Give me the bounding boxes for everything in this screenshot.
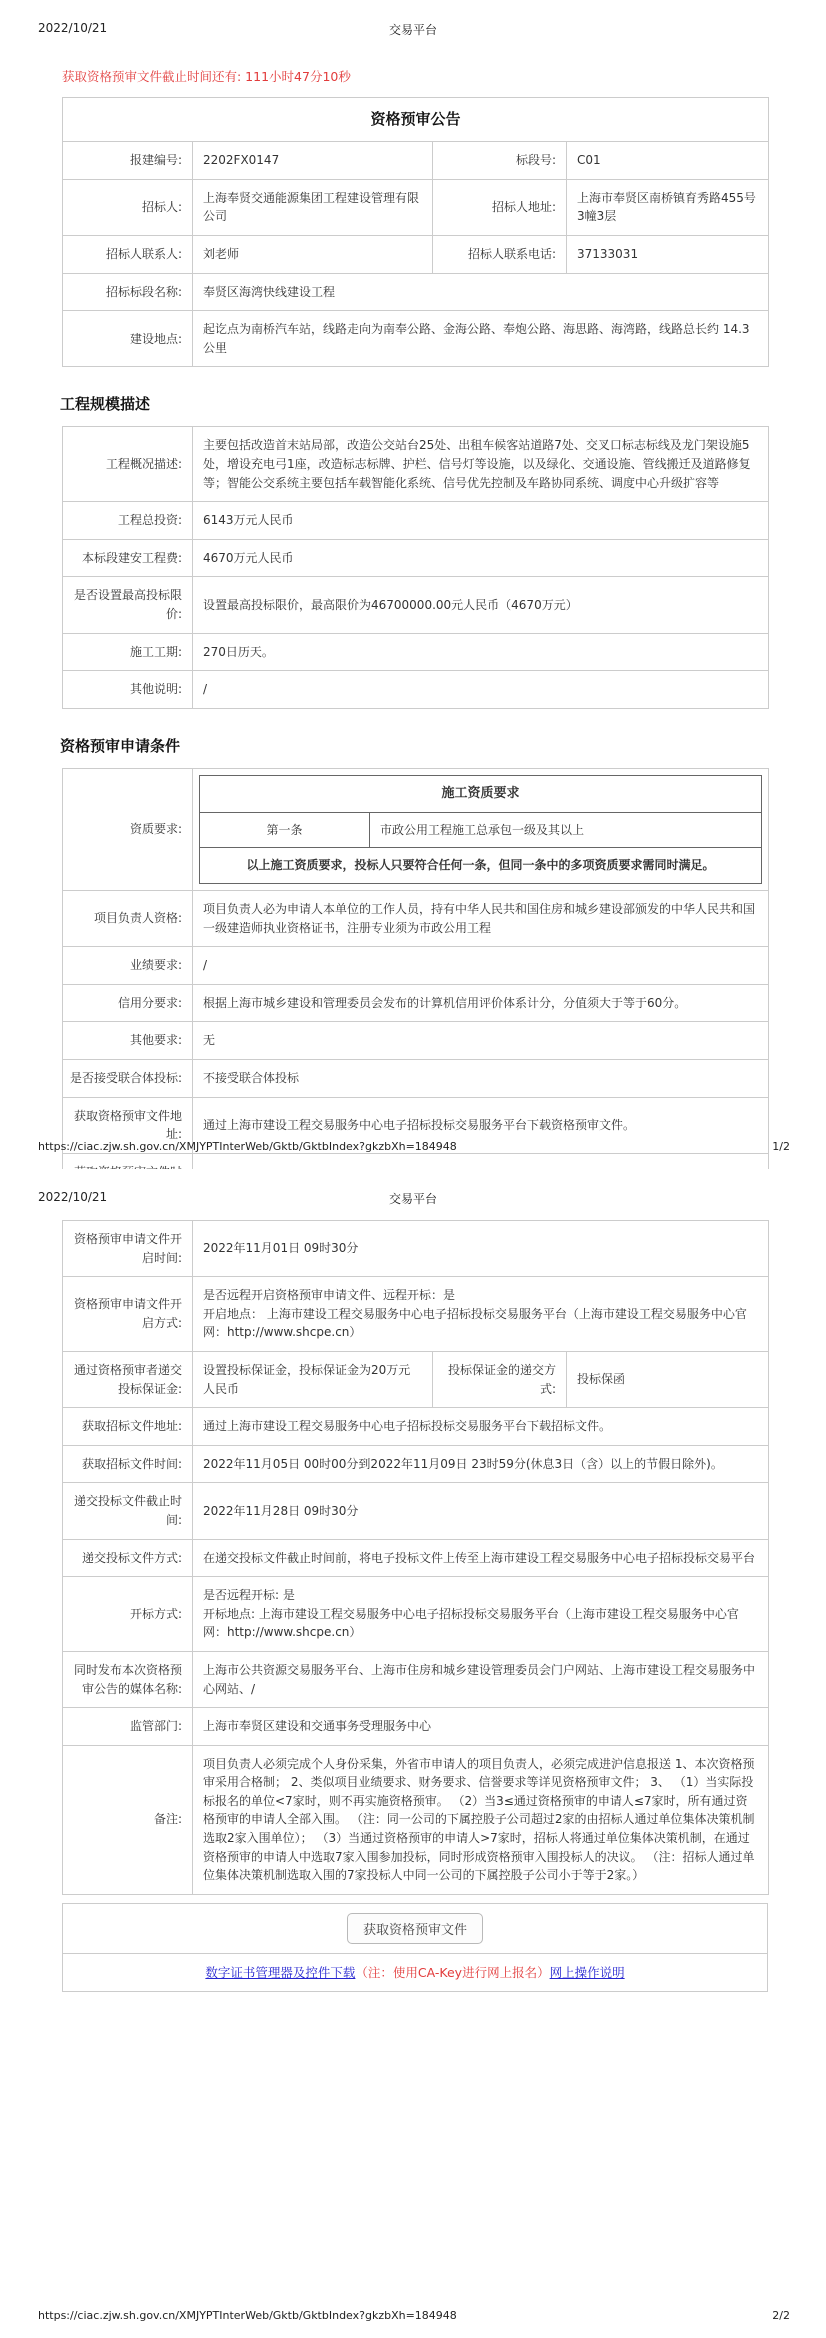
value-max-bid-price: 设置最高投标限价，最高限价为46700000.00元人民币（4670万元）	[193, 577, 769, 633]
value-prequalification-open-time: 2022年11月01日 09时30分	[193, 1221, 769, 1277]
conditions-table: 资质要求: 施工资质要求 第一条 市政公用工程施工总承包一级及其以上 以上施工资…	[62, 768, 769, 1169]
qualification-cell: 施工资质要求 第一条 市政公用工程施工总承包一级及其以上 以上施工资质要求，投标…	[193, 768, 769, 890]
label-tender-doc-address: 获取招标文件地址:	[63, 1408, 193, 1446]
qualification-note: 以上施工资质要求，投标人只要符合任何一条，但同一条中的多项资质要求需同时满足。	[200, 848, 762, 884]
print-header: 2022/10/21 交易平台	[0, 21, 826, 37]
label-consortium-bid: 是否接受联合体投标:	[63, 1060, 193, 1098]
qualification-sub-table: 施工资质要求 第一条 市政公用工程施工总承包一级及其以上 以上施工资质要求，投标…	[199, 775, 762, 884]
label-contact-person: 招标人联系人:	[63, 236, 193, 274]
page-number: 1/2	[772, 1140, 790, 1153]
value-contact-person: 刘老师	[193, 236, 433, 274]
label-supervising-department: 监管部门:	[63, 1708, 193, 1746]
section-heading-conditions: 资格预审申请条件	[60, 735, 826, 756]
label-other-req: 其他要求:	[63, 1022, 193, 1060]
value-tenderer-address: 上海市奉贤区南桥镇育秀路455号3幢3层	[567, 179, 769, 235]
label-tenderer-address: 招标人地址:	[433, 179, 567, 235]
print-page-2: 2022/10/21 交易平台 资格预审申请文件开启时间: 2022年11月01…	[0, 1169, 826, 2338]
label-deposit-method: 投标保证金的递交方式:	[433, 1351, 567, 1407]
value-construction-site: 起讫点为南桥汽车站，线路走向为南奉公路、金海公路、奉炮公路、海思路、海湾路，线路…	[193, 311, 769, 367]
label-section-name: 招标标段名称:	[63, 273, 193, 311]
label-remarks: 备注:	[63, 1745, 193, 1894]
label-media-names: 同时发布本次资格预审公告的媒体名称:	[63, 1651, 193, 1707]
get-prequalification-file-button[interactable]: 获取资格预审文件	[347, 1913, 483, 1944]
print-header: 2022/10/21 交易平台	[0, 1190, 826, 1206]
button-row: 获取资格预审文件	[63, 1903, 768, 1953]
label-max-bid-price: 是否设置最高投标限价:	[63, 577, 193, 633]
countdown-text: 获取资格预审文件截止时间还有: 111小时47分10秒	[62, 67, 826, 85]
label-total-investment: 工程总投资:	[63, 502, 193, 540]
value-credit-score-req: 根据上海市城乡建设和管理委员会发布的计算机信用评价体系计分，分值须大于等于60分…	[193, 984, 769, 1022]
platform-title: 交易平台	[0, 1190, 826, 1207]
value-remarks: 项目负责人必须完成个人身份采集，外省市申请人的项目负责人，必须完成进沪信息报送 …	[193, 1745, 769, 1894]
value-construction-cost: 4670万元人民币	[193, 539, 769, 577]
print-page-1: 2022/10/21 交易平台 获取资格预审文件截止时间还有: 111小时47分…	[0, 0, 826, 1169]
online-operation-guide-link[interactable]: 网上操作说明	[550, 1965, 625, 1980]
value-media-names: 上海市公共资源交易服务平台、上海市住房和城乡建设管理委员会门户网站、上海市建设工…	[193, 1651, 769, 1707]
label-performance-req: 业绩要求:	[63, 947, 193, 985]
value-performance-req: /	[193, 947, 769, 985]
value-total-investment: 6143万元人民币	[193, 502, 769, 540]
value-consortium-bid: 不接受联合体投标	[193, 1060, 769, 1098]
value-project-overview: 主要包括改造首末站局部，改造公交站台25处、出租车候客站道路7处、交叉口标志标线…	[193, 427, 769, 502]
certificate-manager-download-link[interactable]: 数字证书管理器及控件下载	[205, 1965, 355, 1980]
value-project-leader: 项目负责人必为申请人本单位的工作人员，持有中华人民共和国住房和城乡建设部颁发的中…	[193, 891, 769, 947]
qualification-header: 施工资质要求	[200, 775, 762, 812]
label-bid-deposit: 通过资格预审者递交投标保证金:	[63, 1351, 193, 1407]
value-tender-doc-address: 通过上海市建设工程交易服务中心电子招标投标交易服务平台下载招标文件。	[193, 1408, 769, 1446]
actions-table: 获取资格预审文件 数字证书管理器及控件下载（注：使用CA-Key进行网上报名）网…	[62, 1903, 768, 1993]
value-bid-deposit: 设置投标保证金，投标保证金为20万元人民币	[193, 1351, 433, 1407]
label-tenderer: 招标人:	[63, 179, 193, 235]
platform-title: 交易平台	[0, 21, 826, 38]
value-bid-submission-method: 在递交投标文件截止时间前，将电子投标文件上传至上海市建设工程交易服务中心电子招标…	[193, 1539, 769, 1577]
qualification-item-no: 第一条	[200, 812, 370, 848]
value-section-name: 奉贤区海湾快线建设工程	[193, 273, 769, 311]
bid-opening-line-2: 开标地点: 上海市建设工程交易服务中心电子招标投标交易服务平台（上海市建设工程交…	[203, 1605, 758, 1642]
label-project-no: 报建编号:	[63, 142, 193, 180]
label-bid-submission-method: 递交投标文件方式:	[63, 1539, 193, 1577]
ca-key-note: （注：使用CA-Key进行网上报名）	[355, 1965, 549, 1980]
label-prequalification-open-method: 资格预审申请文件开启方式:	[63, 1277, 193, 1352]
label-construction-period: 施工工期:	[63, 633, 193, 671]
value-tender-doc-time: 2022年11月05日 00时00分到2022年11月09日 23时59分(休息…	[193, 1445, 769, 1483]
label-tender-doc-time: 获取招标文件时间:	[63, 1445, 193, 1483]
bid-opening-line-1: 是否远程开标: 是	[203, 1586, 758, 1605]
label-construction-cost: 本标段建安工程费:	[63, 539, 193, 577]
open-method-line-2: 开启地点： 上海市建设工程交易服务中心电子招标投标交易服务平台（上海市建设工程交…	[203, 1305, 758, 1342]
opening-table: 资格预审申请文件开启时间: 2022年11月01日 09时30分 资格预审申请文…	[62, 1220, 769, 1895]
label-construction-site: 建设地点:	[63, 311, 193, 367]
value-construction-period: 270日历天。	[193, 633, 769, 671]
qualification-item-text: 市政公用工程施工总承包一级及其以上	[370, 812, 762, 848]
label-contact-phone: 招标人联系电话:	[433, 236, 567, 274]
value-prequalification-doc-time: 2022年10月21日 00时00分到2022年10月25日 23时59分(休息…	[193, 1153, 769, 1169]
label-prequalification-doc-time: 获取资格预审文件时间:	[63, 1153, 193, 1169]
label-other-notes: 其他说明:	[63, 671, 193, 709]
section-heading-scale: 工程规模描述	[60, 393, 826, 414]
value-deposit-method: 投标保函	[567, 1351, 769, 1407]
announcement-table: 资格预审公告 报建编号: 2202FX0147 标段号: C01 招标人: 上海…	[62, 97, 769, 367]
value-other-req: 无	[193, 1022, 769, 1060]
page-number: 2/2	[772, 2309, 790, 2322]
label-prequalification-open-time: 资格预审申请文件开启时间:	[63, 1221, 193, 1277]
print-url: https://ciac.zjw.sh.gov.cn/XMJYPTInterWe…	[38, 2309, 457, 2322]
value-contact-phone: 37133031	[567, 236, 769, 274]
label-credit-score-req: 信用分要求:	[63, 984, 193, 1022]
label-bid-opening-method: 开标方式:	[63, 1577, 193, 1652]
label-project-overview: 工程概况描述:	[63, 427, 193, 502]
value-prequalification-open-method: 是否远程开启资格预审申请文件、远程开标：是 开启地点： 上海市建设工程交易服务中…	[193, 1277, 769, 1352]
value-other-notes: /	[193, 671, 769, 709]
value-bid-opening-method: 是否远程开标: 是 开标地点: 上海市建设工程交易服务中心电子招标投标交易服务平…	[193, 1577, 769, 1652]
label-section-no: 标段号:	[433, 142, 567, 180]
value-bid-submission-deadline: 2022年11月28日 09时30分	[193, 1483, 769, 1539]
value-supervising-department: 上海市奉贤区建设和交通事务受理服务中心	[193, 1708, 769, 1746]
open-method-line-1: 是否远程开启资格预审申请文件、远程开标：是	[203, 1286, 758, 1305]
print-url: https://ciac.zjw.sh.gov.cn/XMJYPTInterWe…	[38, 1140, 457, 1153]
scale-table: 工程概况描述: 主要包括改造首末站局部，改造公交站台25处、出租车候客站道路7处…	[62, 426, 769, 708]
value-project-no: 2202FX0147	[193, 142, 433, 180]
label-project-leader: 项目负责人资格:	[63, 891, 193, 947]
label-bid-submission-deadline: 递交投标文件截止时间:	[63, 1483, 193, 1539]
announcement-title: 资格预审公告	[63, 98, 769, 142]
value-section-no: C01	[567, 142, 769, 180]
label-qualification: 资质要求:	[63, 768, 193, 890]
links-row: 数字证书管理器及控件下载（注：使用CA-Key进行网上报名）网上操作说明	[63, 1953, 768, 1992]
value-tenderer: 上海奉贤交通能源集团工程建设管理有限公司	[193, 179, 433, 235]
